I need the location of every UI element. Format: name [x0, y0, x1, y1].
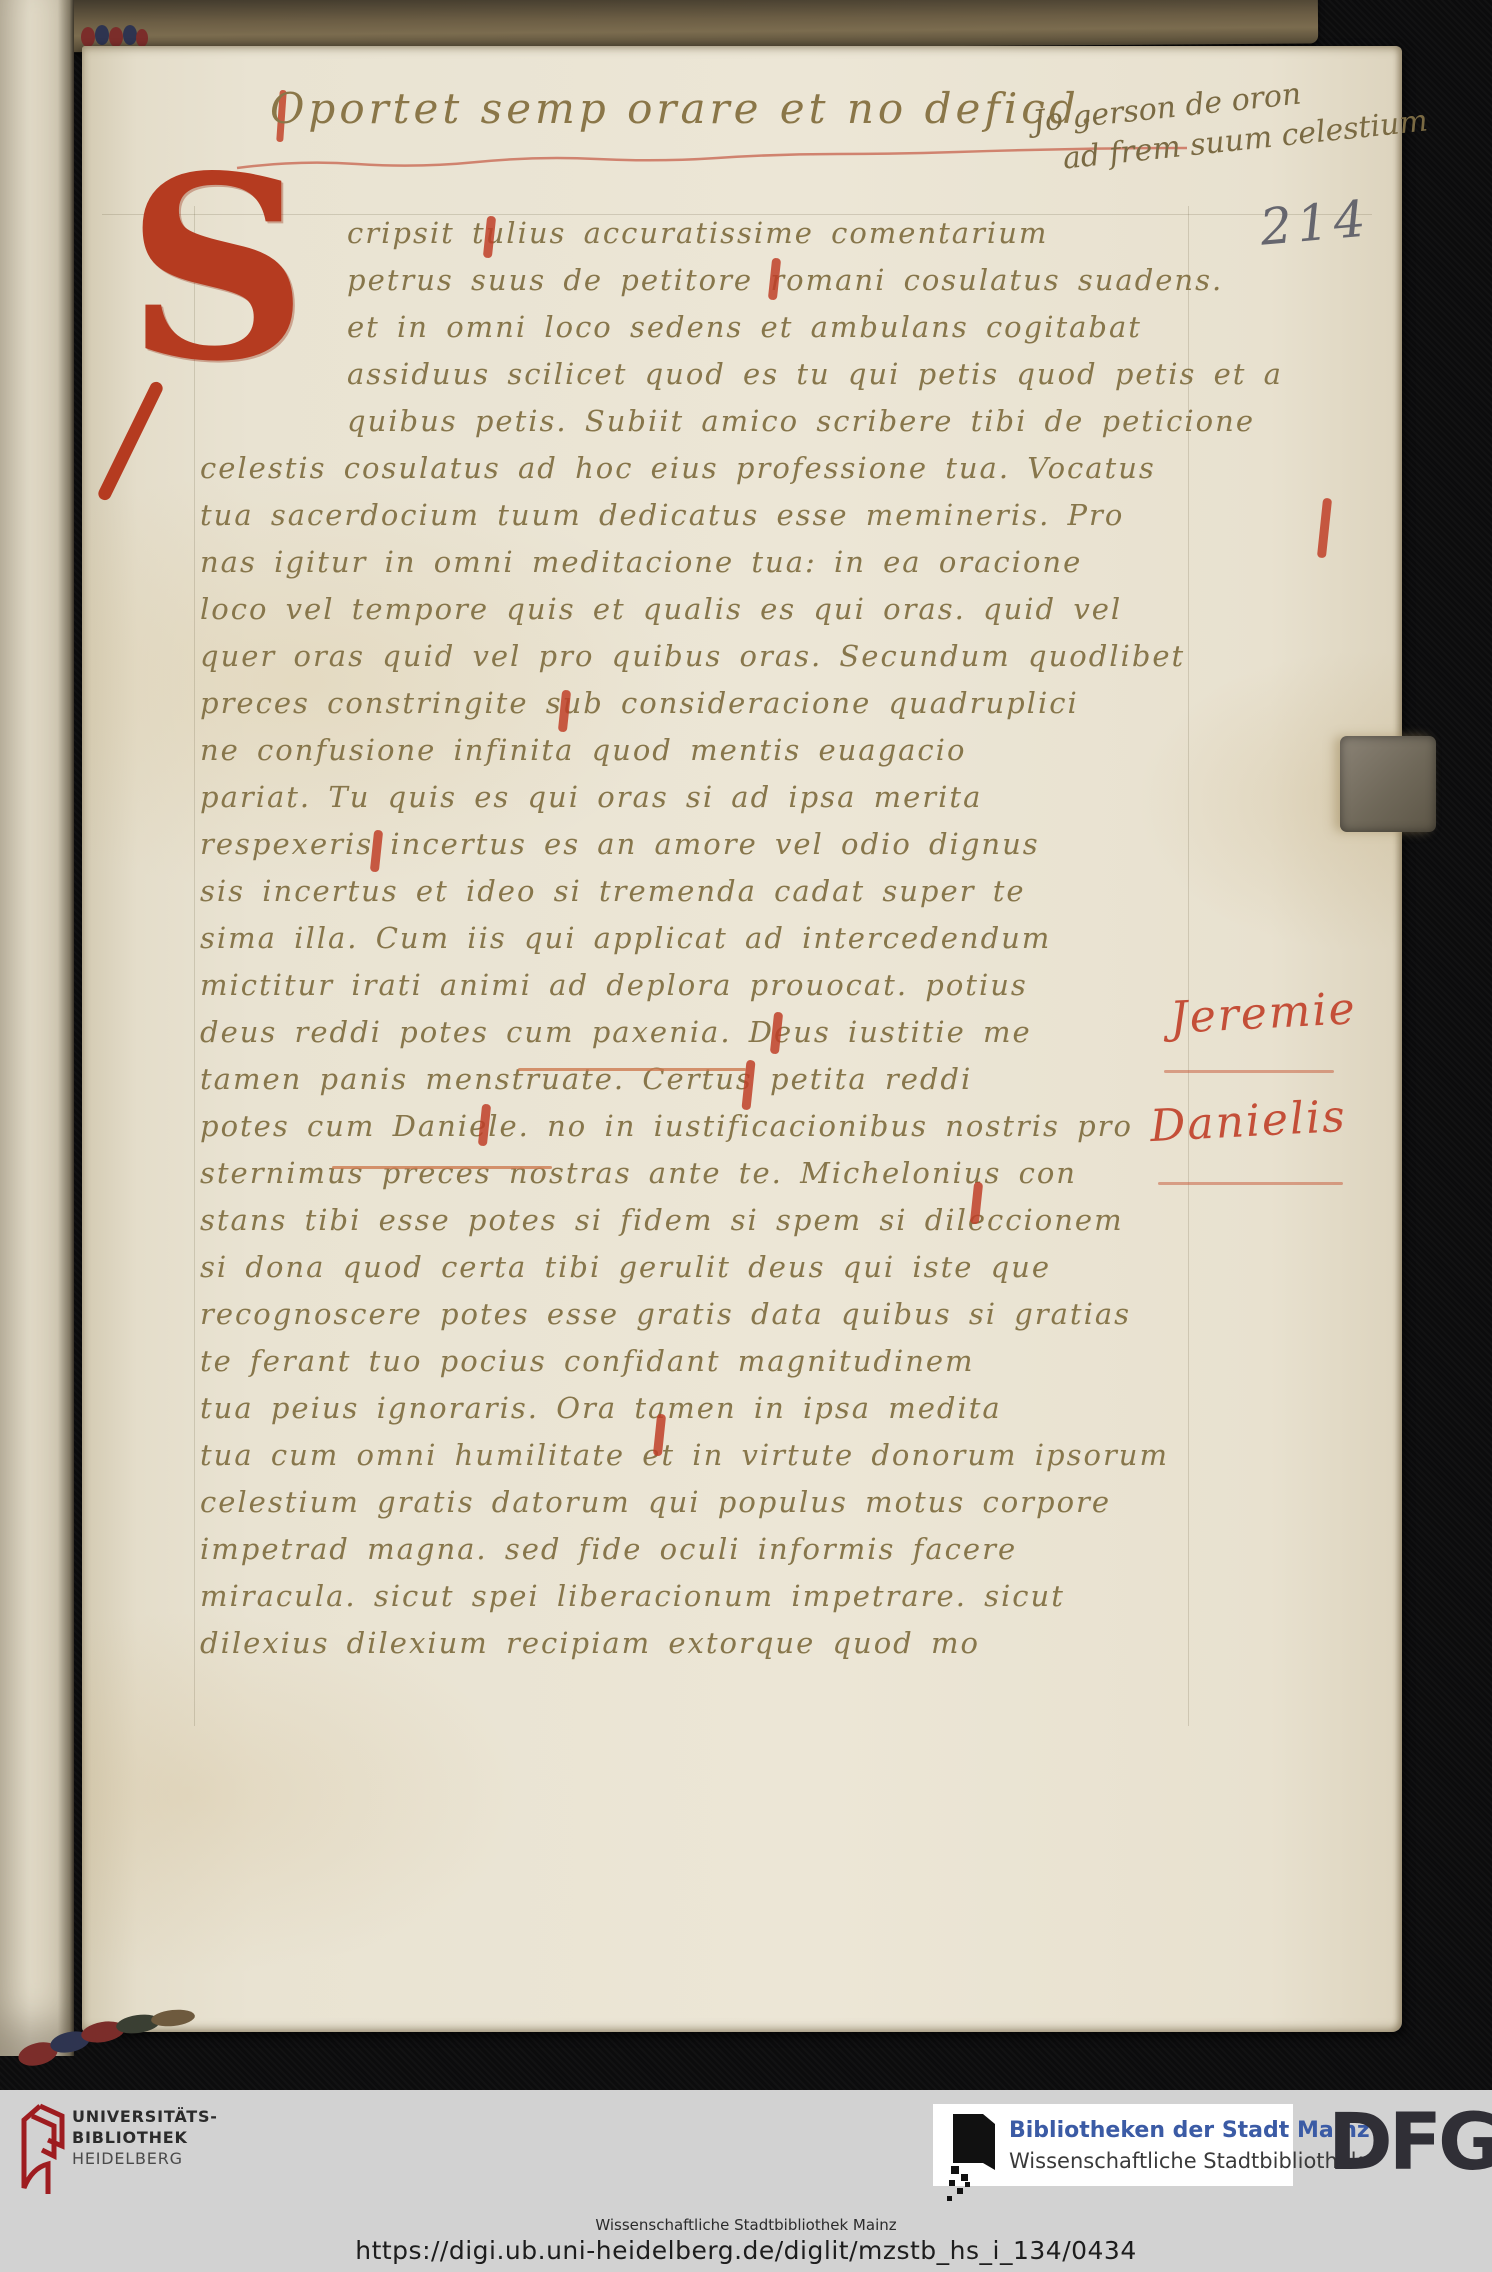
mainz-book-icon — [939, 2110, 1009, 2210]
book-top-edge — [22, 0, 1318, 53]
manuscript-line: si dona quod certa tibi gerulit deus qui… — [200, 1250, 1200, 1297]
manuscript-line: quibus petis. Subiit amico scribere tibi… — [347, 404, 1200, 451]
manuscript-line: cripsit tulius accuratissime comentarium — [347, 216, 1200, 263]
endband-threads-bottom — [8, 2002, 218, 2076]
mainz-line1: Bibliotheken der Stadt Mainz — [1009, 2116, 1370, 2146]
dfg-logo: DFG — [1328, 2098, 1492, 2188]
manuscript-line: ne confusione infinita quod mentis euaga… — [200, 733, 1200, 780]
manuscript-line: tua cum omni humilitate et in virtute do… — [200, 1438, 1200, 1485]
manuscript-line: nas igitur in omni meditacione tua: in e… — [200, 545, 1200, 592]
ubh-line2: BIBLIOTHEK — [72, 2127, 218, 2148]
ub-heidelberg-book-icon — [16, 2102, 72, 2198]
ruling-line-left — [194, 206, 195, 1726]
ubh-line3: HEIDELBERG — [72, 2148, 218, 2169]
manuscript-line: impetrad magna. sed fide oculi informis … — [200, 1532, 1200, 1579]
manuscript-line: et in omni loco sedens et ambulans cogit… — [347, 310, 1200, 357]
margin-note-underline — [1158, 1182, 1343, 1185]
mainz-line2: Wissenschaftliche Stadtbibliothek — [1009, 2146, 1370, 2176]
ub-heidelberg-logo-text: UNIVERSITÄTS- BIBLIOTHEK HEIDELBERG — [72, 2106, 218, 2169]
manuscript-line: loco vel tempore quis et qualis es qui o… — [200, 592, 1200, 639]
manuscript-line: celestis cosulatus ad hoc eius professio… — [200, 451, 1200, 498]
manuscript-line: potes cum Daniele. no in iustificacionib… — [200, 1109, 1200, 1156]
manuscript-line: miracula. sicut spei liberacionum impetr… — [200, 1579, 1200, 1626]
caption-url: https://digi.ub.uni-heidelberg.de/diglit… — [0, 2236, 1492, 2265]
manuscript-line: preces constringite sub consideracione q… — [200, 686, 1200, 733]
mainz-library-logo: Bibliotheken der Stadt Mainz Wissenschaf… — [933, 2104, 1293, 2186]
manuscript-text-block: cripsit tulius accuratissime comentarium… — [200, 216, 1200, 1673]
manuscript-line: assiduus scilicet quod es tu qui petis q… — [347, 357, 1200, 404]
caption-institution: Wissenschaftliche Stadtbibliothek Mainz — [0, 2216, 1492, 2234]
manuscript-line: quer oras quid vel pro quibus oras. Secu… — [200, 639, 1200, 686]
rubric-underline — [332, 1166, 552, 1169]
manuscript-line: deus reddi potes cum paxenia. Deus iusti… — [200, 1015, 1200, 1062]
rubric-mark — [1317, 498, 1332, 559]
manuscript-line: pariat. Tu quis es qui oras si ad ipsa m… — [200, 780, 1200, 827]
manuscript-line: dilexius dilexium recipiam extorque quod… — [200, 1626, 1200, 1673]
scan-canvas: Oportet semp orare et no deficd. Jo gers… — [0, 0, 1492, 2272]
leather-bookmark-tab — [1340, 736, 1436, 832]
manuscript-line: celestium gratis datorum qui populus mot… — [200, 1485, 1200, 1532]
margin-note-underline — [1164, 1070, 1334, 1073]
manuscript-line: te ferant tuo pocius confidant magnitudi… — [200, 1344, 1200, 1391]
manuscript-line: respexeris incertus es an amore vel odio… — [200, 827, 1200, 874]
rubric-bracket-line — [518, 1068, 746, 1071]
folio-number: 214 — [1258, 189, 1373, 256]
manuscript-line: tua sacerdocium tuum dedicatus esse memi… — [200, 498, 1200, 545]
left-page-stack-edge — [0, 0, 74, 2056]
ubh-line1: UNIVERSITÄTS- — [72, 2106, 218, 2127]
manuscript-line: sis incertus et ideo si tremenda cadat s… — [200, 874, 1200, 921]
margin-note-danielis: Danielis — [1149, 1091, 1348, 1152]
manuscript-line: mictitur irati animi ad deplora prouocat… — [200, 968, 1200, 1015]
manuscript-line: recognoscere potes esse gratis data quib… — [200, 1297, 1200, 1344]
mainz-logo-text: Bibliotheken der Stadt Mainz Wissenschaf… — [1009, 2116, 1370, 2176]
manuscript-line: sternimus preces nostras ante te. Michel… — [200, 1156, 1200, 1203]
footer-bar: UNIVERSITÄTS- BIBLIOTHEK HEIDELBERG Bibl… — [0, 2090, 1492, 2272]
manuscript-page: Oportet semp orare et no deficd. Jo gers… — [82, 46, 1402, 2032]
manuscript-line: tua peius ignoraris. Ora tamen in ipsa m… — [200, 1391, 1200, 1438]
margin-note-jeremie: Jeremie — [1169, 983, 1358, 1044]
manuscript-line: stans tibi esse potes si fidem si spem s… — [200, 1203, 1200, 1250]
manuscript-line: sima illa. Cum iis qui applicat ad inter… — [200, 921, 1200, 968]
provenance-note: Jo gerson de oron ad frem suum celestium — [1031, 62, 1430, 183]
